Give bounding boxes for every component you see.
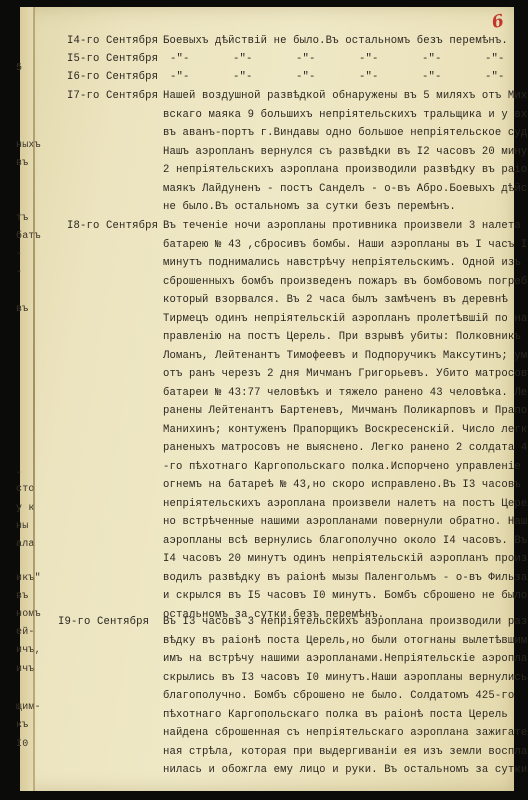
ditto-mark: -"- (422, 53, 485, 65)
entry-line: имъ на встрѣчу нашими аэропланами.Непрія… (163, 653, 528, 665)
entry-line: но встрѣченные нашими аэропланами поверн… (163, 516, 528, 528)
entry-line: вѣдку въ раіонѣ поста Церель,но были ото… (163, 635, 528, 647)
entry-line: Манихинъ; контуженъ Прапорщикъ Воскресен… (163, 424, 528, 436)
entry-line: вскаго маяка 9 большихъ непріятельскихъ … (163, 109, 528, 121)
entry-line: Боевыхъ дѣйствій не было.Въ остальномъ б… (163, 35, 508, 47)
neighbor-fragment: ала (16, 539, 35, 550)
entry-line: не было.Въ остальномъ за сутки безъ пере… (163, 201, 456, 213)
entry-date: I7-го Сентября (67, 90, 158, 102)
entry-line: -го пѣхотнаго Каргопольскаго полка.Испор… (163, 461, 521, 473)
entry-line: аэропланы всѣ вернулись благополучно око… (163, 535, 527, 547)
ditto-mark: -"- (296, 53, 359, 65)
entry-line: раненыхъ матросовъ не выяснено. Легко ра… (163, 442, 528, 454)
entry-line: благополучно. Бомбъ сброшено не было. Со… (163, 690, 514, 702)
entry-line: правленію на постъ Церель. При взрывѣ уб… (163, 331, 521, 343)
entry-line: водилъ развѣдку въ раіонѣ мызы Паленголь… (163, 572, 528, 584)
neighbor-fragment: ныхъ (16, 140, 41, 151)
neighbor-fragment: ны (16, 521, 28, 532)
entry-line: скрылись въ I3 часовъ I0 минутъ.Наши аэр… (163, 672, 527, 684)
entry-line: маякъ Лайдуненъ - постъ Санделъ - о-въ А… (163, 183, 528, 195)
entry-line: Нашъ аэропланъ вернулся съ развѣдки въ I… (163, 146, 528, 158)
ditto-mark: -"- (170, 71, 233, 83)
neighbor-fragment: тъ (16, 213, 28, 224)
neighbor-fragment: сто (16, 484, 35, 495)
entry-line: 2 непріятельскихъ аэроплана производили … (163, 164, 528, 176)
neighbor-fragment: - (16, 267, 22, 278)
entry-date: I6-го Сентября (67, 71, 158, 83)
neighbor-fragment: номъ (16, 609, 41, 620)
entry-line: батареи № 43:77 человѣкъ и тяжело ранено… (163, 387, 528, 399)
entry-line: батарею № 43 ,сбросивъ бомбы. Наши аэроп… (163, 239, 528, 251)
ditto-mark: -"- (359, 71, 422, 83)
ditto-mark: -"- (296, 71, 359, 83)
page-number: 6 (490, 11, 506, 33)
entry-line: Въ теченіе ночи аэропланы противника про… (163, 220, 528, 232)
ditto-mark: -"- (233, 53, 296, 65)
entry-date: I4-го Сентября (67, 35, 158, 47)
neighbor-page-edge: 5 ныхъ въ тъ батъ - - въ - сто у к ны ал… (20, 7, 34, 791)
entry-line: минутъ поднимались навстрѣчу непріятельс… (163, 257, 521, 269)
ditto-mark: -"- (359, 53, 422, 65)
ditto-marks: -"--"--"--"--"--"- (170, 53, 528, 65)
neighbor-fragment: ей- (16, 627, 35, 638)
entry-line: и скрылся въ I5 часовъ I0 минутъ. Бомбъ … (163, 590, 528, 602)
entry-line: Тирмецъ одинъ непріятельскій аэропланъ п… (163, 313, 528, 325)
ditto-mark: -"- (233, 71, 296, 83)
entry-line: Въ I3 часовъ 3 непріятельскихъ аэроплана… (163, 616, 528, 628)
entry-line: ранены Лейтенантъ Бартеневъ, Мичманъ Пол… (163, 405, 528, 417)
neighbor-fragment: щим- (16, 702, 41, 713)
neighbor-fragment: I0 (16, 739, 28, 750)
entry-line: который взорвался. Въ 2 часа былъ замѣче… (163, 294, 508, 306)
entry-line: Ломанъ, Лейтенантъ Тимофеевъ и Подпоручи… (163, 350, 528, 362)
ditto-mark: -"- (485, 53, 528, 65)
document-page: 5 ныхъ въ тъ батъ - - въ - сто у к ны ал… (20, 7, 514, 791)
entry-line: пѣхотнаго Каргопольскаго полка въ раіонѣ… (163, 709, 508, 721)
entry-line: огнемъ на батареѣ № 43,но скоро исправле… (163, 479, 528, 491)
entry-date: I9-го Сентября (58, 616, 149, 628)
neighbor-fragment: къ (16, 720, 28, 731)
ditto-mark: -"- (422, 71, 485, 83)
neighbor-fragment: въ (16, 591, 28, 602)
neighbor-fragment: въ (16, 158, 28, 169)
entry-line: отъ ранъ черезъ 2 дня Мичманъ Григорьевъ… (163, 368, 528, 380)
ditto-mark: -"- (485, 71, 528, 83)
ditto-mark: -"- (170, 53, 233, 65)
neighbor-fragment: батъ (16, 231, 41, 242)
entry-line: найдена сброшенная съ непріятельскаго аэ… (163, 727, 528, 739)
entry-line: сброшенныхъ бомбъ произведенъ пожаръ въ … (163, 276, 528, 288)
neighbor-fragment: икъ" (16, 573, 41, 584)
entry-date: I5-го Сентября (67, 53, 158, 65)
page-fold-line (33, 7, 35, 791)
entry-line: нилась и обожгла ему лицо и руки. Въ ост… (163, 764, 527, 776)
entry-line: Нашей воздушной развѣдкой обнаружены въ … (163, 90, 528, 102)
entry-line: ная стрѣла, которая при выдергиваніи ея … (163, 746, 528, 758)
neighbor-fragment: ичъ, (16, 645, 41, 656)
ditto-marks: -"--"--"--"--"--"- (170, 71, 528, 83)
entry-line: I4 часовъ 20 минутъ одинъ непріятельскій… (163, 553, 528, 565)
neighbor-fragment: - (16, 249, 22, 260)
neighbor-fragment: 5 (16, 63, 22, 74)
neighbor-fragment: ичъ (16, 664, 35, 675)
entry-line: непріятельскихъ аэроплана произвели нале… (163, 498, 528, 510)
neighbor-fragment: - (16, 468, 22, 479)
entry-line: въ аванъ-портъ г.Виндавы одно большое не… (163, 127, 528, 139)
neighbor-fragment: въ (16, 304, 28, 315)
entry-date: I8-го Сентября (67, 220, 158, 232)
neighbor-fragment: у к (16, 503, 35, 514)
